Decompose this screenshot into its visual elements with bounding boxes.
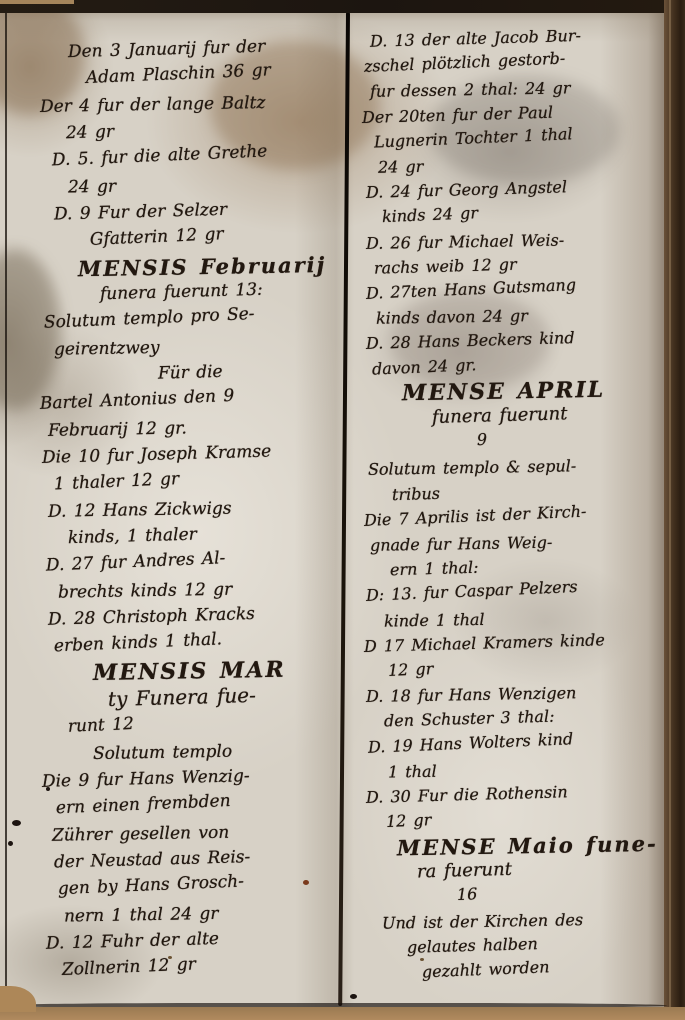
manuscript-line-text: nern 1 thal 24 gr bbox=[64, 904, 219, 927]
book-binding-edge bbox=[664, 0, 685, 1020]
manuscript-line-text: Lugnerin Tochter 1 thal bbox=[374, 124, 573, 151]
ink-blot bbox=[12, 820, 21, 826]
page-top-edge bbox=[0, 0, 685, 13]
manuscript-line-text: Zührer gesellen von bbox=[52, 823, 230, 846]
manuscript-line-text: D. 27ten Hans Gutsmang bbox=[366, 275, 577, 303]
manuscript-line-text: D. 9 Fur der Selzer bbox=[54, 200, 228, 225]
manuscript-line-text: rachs weib 12 gr bbox=[374, 255, 517, 278]
manuscript-line-text: D. 12 Hans Zickwigs bbox=[48, 499, 232, 522]
manuscript-line-text: davon 24 gr. bbox=[372, 355, 477, 378]
manuscript-line-text: gnade fur Hans Weig- bbox=[370, 533, 553, 555]
table-surface bbox=[0, 1007, 685, 1020]
ink-blot bbox=[350, 994, 357, 999]
page-left-edge bbox=[5, 13, 7, 1004]
right-page-column: D. 13 der alte Jacob Bur- zschel plötzli… bbox=[362, 29, 662, 987]
manuscript-line-text: Für die bbox=[158, 362, 223, 384]
ink-blot bbox=[420, 958, 424, 961]
manuscript-line-text: Und ist der Kirchen des bbox=[382, 910, 583, 933]
manuscript-line-text: D. 27 fur Andres Al- bbox=[46, 548, 226, 576]
manuscript-line-text: kinds, 1 thaler bbox=[68, 525, 197, 549]
manuscript-line-text: Adam Plaschin 36 gr bbox=[86, 60, 272, 88]
manuscript-line-text: tribus bbox=[392, 483, 440, 503]
manuscript-line-text: zschel plötzlich gestorb- bbox=[364, 49, 566, 76]
page-stack-streak bbox=[669, 0, 671, 1020]
manuscript-line-text: Solutum templo & sepul- bbox=[368, 457, 577, 480]
ink-blot bbox=[303, 880, 309, 885]
ink-blot bbox=[46, 787, 50, 791]
manuscript-line-text: runt 12 bbox=[68, 714, 135, 737]
manuscript-line-text: kinds davon 24 gr bbox=[376, 306, 528, 328]
manuscript-line-text: D: 13. fur Caspar Pelzers bbox=[366, 577, 578, 605]
manuscript-line-text: 1 thal bbox=[388, 762, 437, 782]
manuscript-line-text: Zollnerin 12 gr bbox=[62, 954, 197, 980]
manuscript-line-text: ra fuerunt bbox=[417, 859, 513, 883]
manuscript-line-text: kinde 1 thal bbox=[384, 610, 485, 631]
manuscript-photo: Den 3 Januarij fur der Adam Plaschin 36 … bbox=[0, 0, 685, 1020]
manuscript-line-text: ern 1 thal: bbox=[390, 558, 479, 579]
manuscript-line-text: gelautes halben bbox=[407, 934, 538, 957]
manuscript-line-text: fur dessen 2 thal: 24 gr bbox=[370, 79, 571, 101]
manuscript-line-text: geirentzwey bbox=[54, 338, 160, 360]
manuscript-line-text: Gfatterin 12 gr bbox=[90, 224, 224, 250]
manuscript-line-text: ern einen frembden bbox=[56, 791, 231, 818]
table-sliver-top bbox=[0, 0, 74, 4]
manuscript-line-text: D. 12 Fuhr der alte bbox=[46, 929, 220, 954]
ink-blot bbox=[168, 956, 172, 959]
manuscript-line-text: 16 bbox=[457, 884, 478, 904]
manuscript-line-text: Februarij 12 gr. bbox=[48, 418, 187, 440]
manuscript-line-text: 24 gr bbox=[66, 122, 115, 143]
manuscript-line-text: 24 gr bbox=[68, 177, 116, 198]
manuscript-line-text: D. 18 fur Hans Wenzigen bbox=[366, 684, 577, 707]
manuscript-line-text: Bartel Antonius den 9 bbox=[40, 386, 235, 414]
manuscript-line-text: 1 thaler 12 gr bbox=[54, 469, 180, 494]
manuscript-line-text: 12 gr bbox=[388, 659, 434, 680]
manuscript-line-text: kinds 24 gr bbox=[382, 204, 479, 227]
manuscript-line-text: Die 7 Aprilis ist der Kirch- bbox=[364, 501, 587, 529]
manuscript-line-text: brechts kinds 12 gr bbox=[58, 580, 233, 603]
manuscript-line-text: gen by Hans Grosch- bbox=[58, 871, 245, 899]
left-page-column: Den 3 Januarij fur der Adam Plaschin 36 … bbox=[38, 40, 344, 985]
manuscript-line-text: 12 gr bbox=[386, 810, 432, 831]
manuscript-line-text: D. 19 Hans Wolters kind bbox=[368, 729, 574, 757]
ink-blot bbox=[8, 841, 13, 846]
manuscript-line-text: erben kinds 1 thal. bbox=[54, 629, 223, 656]
manuscript-line-text: D. 5. fur die alte Grethe bbox=[52, 141, 268, 170]
manuscript-line-text: Der 4 fur der lange Baltz bbox=[40, 93, 266, 117]
manuscript-line-text: gezahlt worden bbox=[422, 957, 550, 981]
manuscript-line-text: 9 bbox=[476, 430, 487, 449]
manuscript-line-text: Solutum templo bbox=[93, 742, 232, 764]
manuscript-line-text: Solutum templo pro Se- bbox=[44, 304, 255, 333]
manuscript-line-text: 24 gr bbox=[378, 157, 424, 177]
manuscript-line-text: D. 26 fur Michael Weis- bbox=[366, 230, 564, 252]
